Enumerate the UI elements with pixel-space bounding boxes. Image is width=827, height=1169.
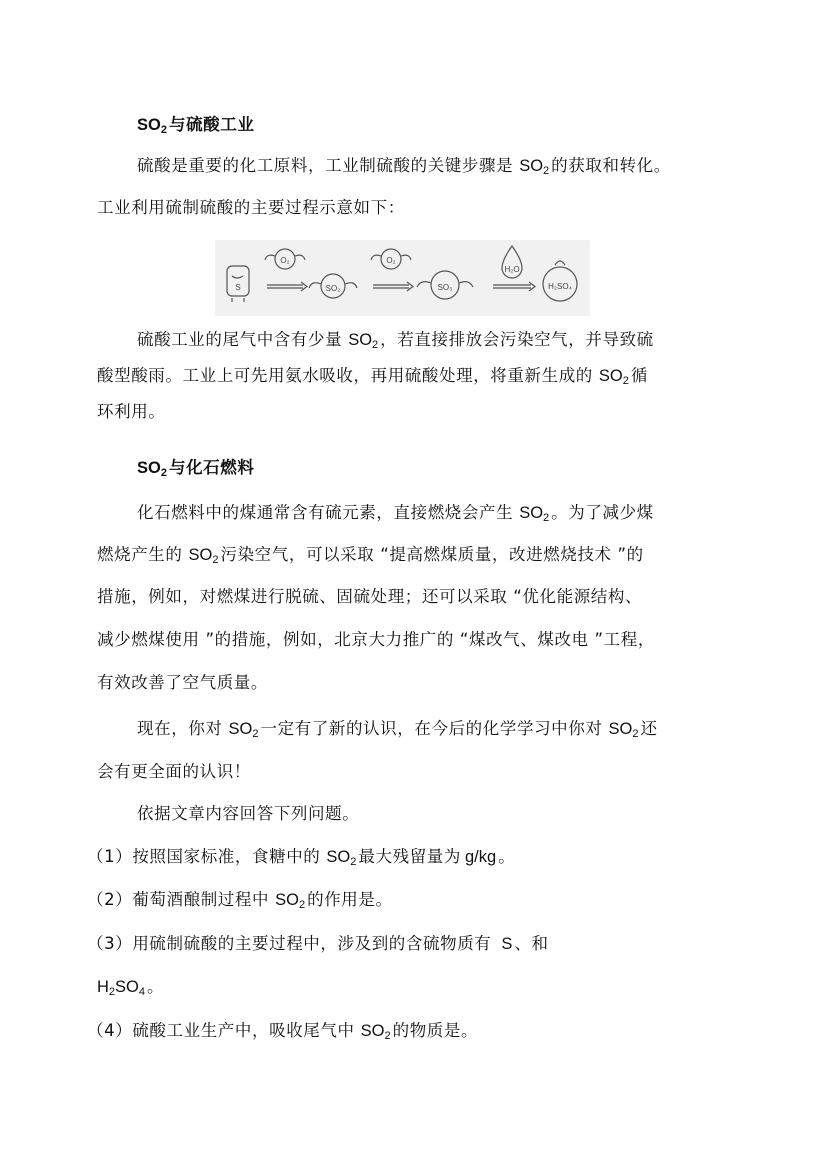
question-4: （4）硫酸工业生产中，吸收尾气中SO2的物质是。 bbox=[87, 1020, 478, 1042]
section-heading-sulfuric-acid: SO2与硫酸工业 bbox=[137, 114, 254, 136]
formula-so2: SO2 bbox=[229, 720, 259, 738]
question-3-continuation: H2SO4。 bbox=[97, 976, 164, 998]
formula-so2: SO2 bbox=[326, 848, 356, 866]
paragraph-line: 硫酸是重要的化工原料，工业制硫酸的关键步骤是SO2的获取和转化。 bbox=[137, 155, 671, 177]
svg-text:S: S bbox=[235, 283, 240, 292]
formula-h2so4: H2SO4 bbox=[97, 978, 145, 996]
question-number: （3） bbox=[87, 934, 132, 953]
svg-text:SO₂: SO₂ bbox=[326, 284, 341, 293]
formula-so2: SO2 bbox=[189, 546, 219, 564]
section-heading-fossil-fuel: SO2与化石燃料 bbox=[137, 457, 254, 479]
paragraph-line: 减少燃煤使用 ”的措施，例如，北京大力推广的 “煤改气、煤改电 ”工程， bbox=[97, 629, 655, 651]
formula-so2: SO2 bbox=[361, 1022, 391, 1040]
formula-so2: SO2 bbox=[137, 459, 167, 477]
svg-text:H₂O: H₂O bbox=[504, 265, 519, 274]
question-2: （2）葡萄酒酿制过程中SO2的作用是。 bbox=[87, 889, 393, 911]
paragraph-line: 环利用。 bbox=[97, 401, 165, 423]
svg-text:O₂: O₂ bbox=[386, 256, 395, 265]
question-number: （2） bbox=[87, 890, 132, 909]
paragraph-line: 酸型酸雨。工业上可先用氨水吸收，再用硫酸处理，将重新生成的SO2循 bbox=[97, 365, 648, 387]
formula-so2: SO2 bbox=[348, 331, 378, 349]
question-3: （3）用硫制硫酸的主要过程中，涉及到的含硫物质有S、和 bbox=[87, 933, 549, 955]
formula-so2: SO2 bbox=[608, 720, 638, 738]
formula-s: S bbox=[501, 935, 512, 953]
formula-so2: SO2 bbox=[519, 157, 549, 175]
paragraph-line: 化石燃料中的煤通常含有硫元素，直接燃烧会产生SO2。为了减少煤 bbox=[137, 502, 654, 524]
sulfuric-acid-process-diagram: S O₂ SO₂ O₂ SO₃ H₂O H₂SO₄ bbox=[215, 240, 590, 316]
paragraph-line: 现在，你对SO2一定有了新的认识，在今后的化学学习中你对SO2还 bbox=[137, 718, 658, 740]
paragraph-line: 有效改善了空气质量。 bbox=[97, 672, 268, 694]
formula-so2: SO2 bbox=[519, 504, 549, 522]
paragraph-line: 硫酸工业的尾气中含有少量SO2，若直接排放会污染空气，并导致硫 bbox=[137, 329, 654, 351]
process-illustration: S O₂ SO₂ O₂ SO₃ H₂O H₂SO₄ bbox=[215, 240, 590, 316]
paragraph-line: 措施，例如，对燃煤进行脱硫、固硫处理；还可以采取 “优化能源结构、 bbox=[97, 586, 642, 608]
svg-text:H₂SO₄: H₂SO₄ bbox=[548, 282, 572, 291]
question-number: （1） bbox=[87, 847, 132, 866]
formula-so2: SO2 bbox=[599, 367, 629, 385]
formula-so2: SO2 bbox=[137, 116, 167, 134]
svg-text:O₂: O₂ bbox=[280, 256, 289, 265]
svg-text:SO₃: SO₃ bbox=[438, 283, 453, 292]
unit-label: g/kg bbox=[465, 848, 496, 866]
paragraph-line: 燃烧产生的SO2污染空气，可以采取 “提高燃煤质量，改进燃烧技术 ”的 bbox=[97, 544, 644, 566]
question-number: （4） bbox=[87, 1021, 132, 1040]
question-1: （1）按照国家标准，食糖中的SO2最大残留量为g/kg。 bbox=[87, 846, 515, 868]
paragraph-line: 工业利用硫制硫酸的主要过程示意如下： bbox=[97, 197, 405, 219]
questions-prompt: 依据文章内容回答下列问题。 bbox=[137, 803, 359, 825]
paragraph-line: 会有更全面的认识！ bbox=[97, 761, 251, 783]
formula-so2: SO2 bbox=[275, 891, 305, 909]
